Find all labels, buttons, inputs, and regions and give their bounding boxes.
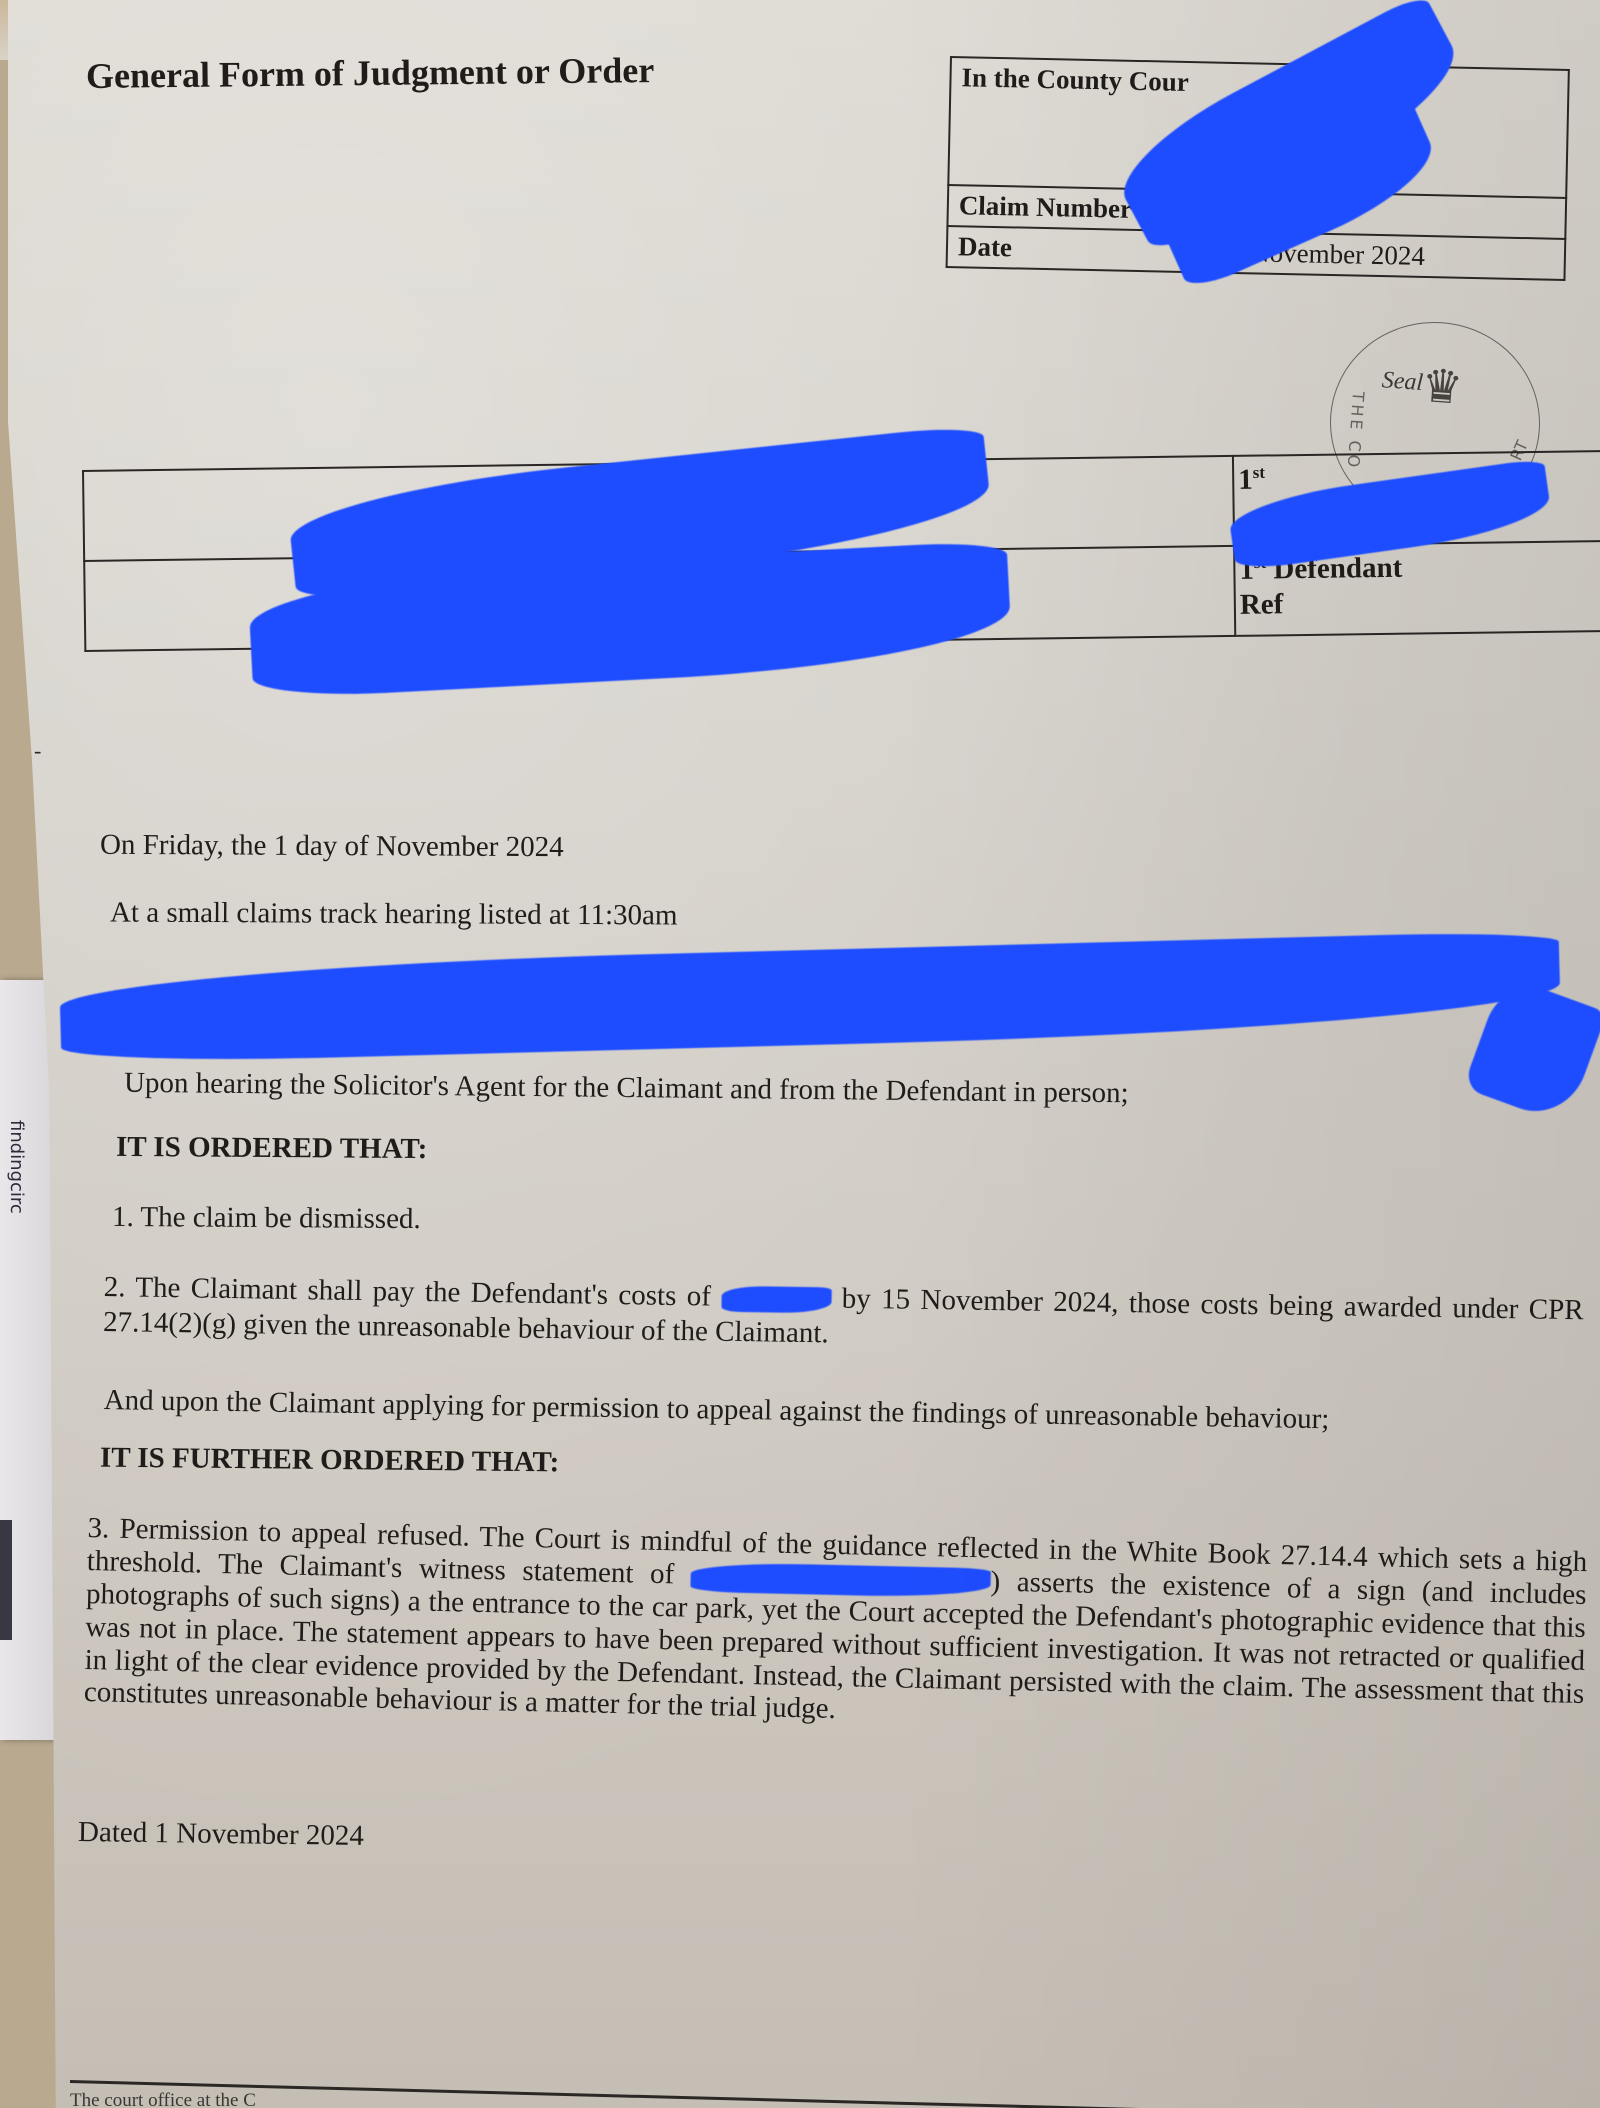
dated-line: Dated 1 November 2024	[78, 1816, 364, 1853]
crown-icon: ♛	[1420, 358, 1465, 415]
redaction-mark	[721, 1286, 831, 1314]
underlying-sheet-text: findingcirc	[6, 1120, 27, 1214]
document-title: General Form of Judgment or Order	[86, 49, 655, 97]
footer-text: The court office at the C	[70, 2090, 256, 2108]
order-item-2: 2. The Claimant shall pay the Defendant'…	[103, 1270, 1584, 1363]
order-item-1: 1. The claim be dismissed.	[112, 1201, 421, 1236]
court-name-label: In the County Cour	[961, 62, 1189, 97]
hearing-listing-line: At a small claims track hearing listed a…	[110, 897, 678, 933]
upon-hearing-line: Upon hearing the Solicitor's Agent for t…	[124, 1067, 1129, 1111]
further-ordered-heading: IT IS FURTHER ORDERED THAT:	[100, 1442, 560, 1480]
seal-label: Seal	[1381, 367, 1424, 397]
order-item-3: 3. Permission to appeal refused. The Cou…	[84, 1512, 1588, 1743]
ordered-heading: IT IS ORDERED THAT:	[116, 1131, 428, 1166]
appeal-application-line: And upon the Claimant applying for permi…	[103, 1384, 1329, 1436]
margin-mark: -	[34, 738, 41, 764]
underlying-sheet-tab	[0, 1520, 12, 1640]
hearing-date-line: On Friday, the 1 day of November 2024	[100, 829, 564, 864]
